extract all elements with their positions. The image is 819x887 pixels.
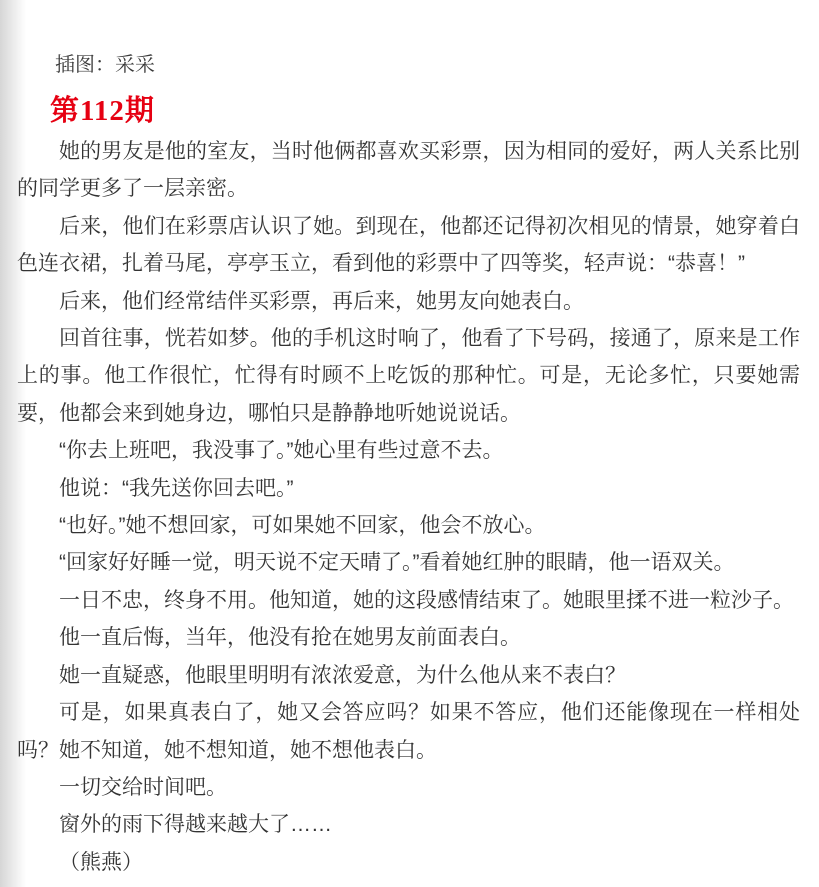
story-paragraph: “回家好好睡一觉，明天说不定天晴了。”看着她红肿的眼睛，他一语双关。 — [17, 544, 800, 581]
story-paragraph: 回首往事，恍若如梦。他的手机这时响了，他看了下号码，接通了，原来是工作上的事。他… — [17, 320, 800, 432]
author-credit: （熊燕） — [17, 844, 800, 881]
story-paragraph: 窗外的雨下得越来越大了…… — [17, 806, 800, 843]
story-paragraph: 后来，他们经常结伴买彩票，再后来，她男友向她表白。 — [17, 283, 800, 320]
issue-title: 第112期 — [50, 96, 800, 126]
story-paragraph: 一切交给时间吧。 — [17, 769, 800, 806]
magazine-page: 插图：采采 第112期 她的男友是他的室友，当时他俩都喜欢买彩票，因为相同的爱好… — [0, 0, 819, 887]
story-paragraph: “你去上班吧，我没事了。”她心里有些过意不去。 — [17, 432, 800, 469]
story-paragraph: 后来，他们在彩票店认识了她。到现在，他都还记得初次相见的情景，她穿着白色连衣裙，… — [17, 208, 800, 283]
story-paragraph: 可是，如果真表白了，她又会答应吗？如果不答应，他们还能像现在一样相处吗？她不知道… — [17, 694, 800, 769]
story-body: 她的男友是他的室友，当时他俩都喜欢买彩票，因为相同的爱好，两人关系比别的同学更多… — [17, 133, 800, 881]
story-paragraph: 他说：“我先送你回去吧。” — [17, 470, 800, 507]
story-paragraph: 她一直疑惑，他眼里明明有浓浓爱意，为什么他从来不表白？ — [17, 657, 800, 694]
story-paragraph: 一日不忠，终身不用。他知道，她的这段感情结束了。她眼里揉不进一粒沙子。 — [17, 582, 800, 619]
illustration-credit: 插图：采采 — [55, 53, 800, 77]
story-paragraph: 她的男友是他的室友，当时他俩都喜欢买彩票，因为相同的爱好，两人关系比别的同学更多… — [17, 133, 800, 208]
story-paragraph: 他一直后悔，当年，他没有抢在她男友前面表白。 — [17, 619, 800, 656]
page-content: 插图：采采 第112期 她的男友是他的室友，当时他俩都喜欢买彩票，因为相同的爱好… — [17, 0, 800, 881]
story-paragraph: “也好。”她不想回家，可如果她不回家，他会不放心。 — [17, 507, 800, 544]
